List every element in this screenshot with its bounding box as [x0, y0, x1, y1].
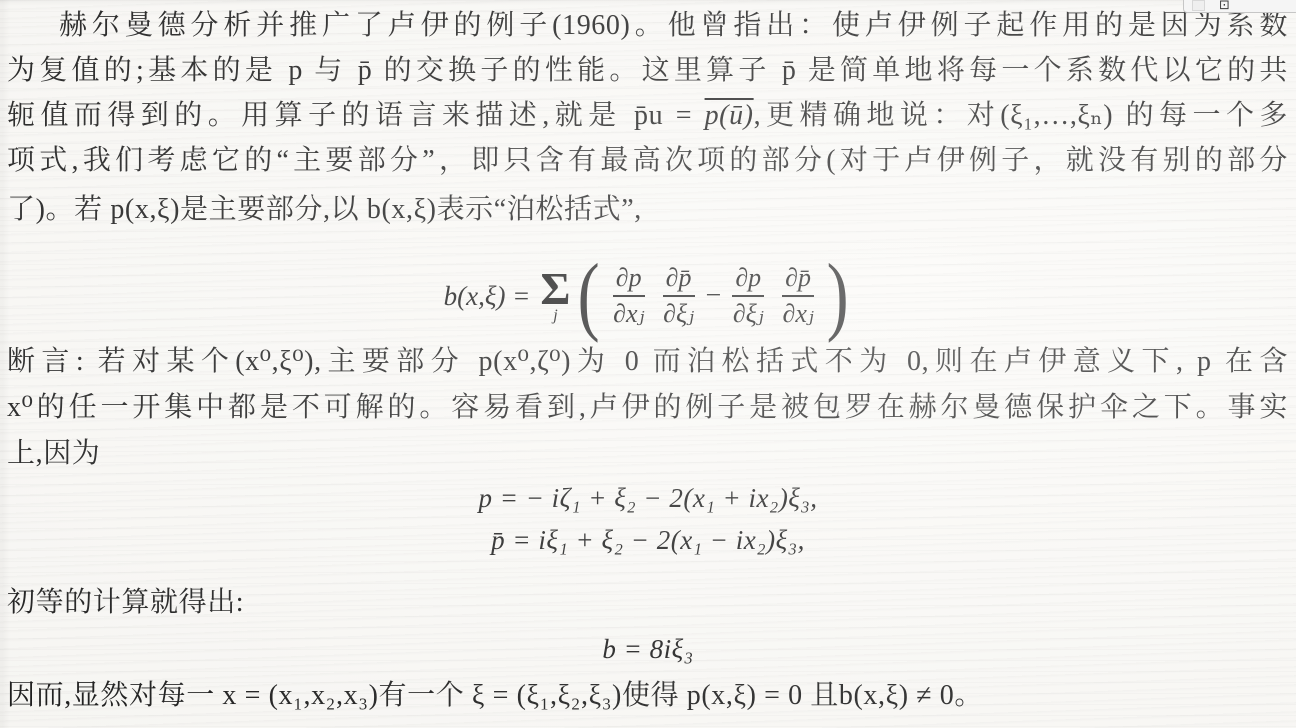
scanned-book-page: ⊡ 赫尔曼德分析并推广了卢伊的例子(1960)。他曾指出：使卢伊例子起作用的是因…: [0, 0, 1296, 728]
formula-pbar-equation: p̄ = iξ₁ + ξ₂ − 2(x₁ − ix₂)ξ₃,: [0, 525, 1296, 556]
image-placeholder-icon[interactable]: ⊡: [1219, 0, 1230, 11]
blank-square-icon: [1192, 0, 1205, 11]
formula-lhs: b(x,ξ) =: [444, 281, 531, 312]
text-line-6: 断言: 若对某个(x⁰,ξ⁰),主要部分 p(x⁰,ζ⁰)为 0 而泊松括式不为…: [0, 344, 1296, 380]
text-line-8: 上,因为: [0, 436, 1296, 472]
text-line-1: 赫尔曼德分析并推广了卢伊的例子(1960)。他曾指出：使卢伊例子起作用的是因为系…: [0, 8, 1296, 44]
formula-b-equation: b = 8iξ₃: [0, 634, 1296, 665]
fraction-dpbar-dxj: ∂p̄ ∂xⱼ: [782, 263, 814, 329]
inline-overline-formula: p(ū): [705, 100, 754, 131]
fraction-dp-dxij: ∂p ∂ξⱼ: [732, 263, 764, 329]
minus-sign: −: [706, 280, 722, 312]
text-line-2: 为复值的;基本的是 p 与 p̄ 的交换子的性能。这里算子 p̄ 是简单地将每一…: [0, 53, 1296, 89]
text-line-4: 项式,我们考虑它的“主要部分”，即只含有最高次项的部分(对于卢伊例子，就没有别的…: [0, 143, 1296, 179]
cropped-toolbar-fragment[interactable]: ⊡: [1183, 0, 1296, 13]
formula-poisson-bracket: b(x,ξ) = Σ j ( ∂p ∂xⱼ ∂p̄ ∂ξⱼ − ∂p ∂ξⱼ ∂…: [0, 248, 1296, 344]
text-line-3-pre: 轭值而得到的。用算子的语言来描述,就是 p̄u =: [7, 100, 705, 131]
text-line-3: 轭值而得到的。用算子的语言来描述,就是 p̄u = p(ū),更精确地说：对(ξ…: [0, 98, 1296, 134]
formula-p-equation: p = − iζ₁ + ξ₂ − 2(x₁ + ix₂)ξ₃,: [0, 483, 1296, 514]
fraction-dpbar-dxij: ∂p̄ ∂ξⱼ: [663, 263, 695, 329]
text-line-7: x⁰的任一开集中都是不可解的。容易看到,卢伊的例子是被包罗在赫尔曼德保护伞之下。…: [0, 390, 1296, 426]
text-line-9: 初等的计算就得出:: [0, 585, 1296, 621]
text-line-10: 因而,显然对每一 x = (x₁,x₂,x₃)有一个 ξ = (ξ₁,ξ₂,ξ₃…: [0, 678, 1296, 714]
fraction-dp-dxj: ∂p ∂xⱼ: [613, 263, 645, 329]
text-line-5: 了)。若 p(x,ξ)是主要部分,以 b(x,ξ)表示“泊松括式”,: [0, 192, 1296, 228]
summation-symbol: Σ j: [540, 269, 570, 323]
text-line-3-post: ,更精确地说：对(ξ₁,…,ξₙ) 的每一个多: [754, 100, 1288, 131]
